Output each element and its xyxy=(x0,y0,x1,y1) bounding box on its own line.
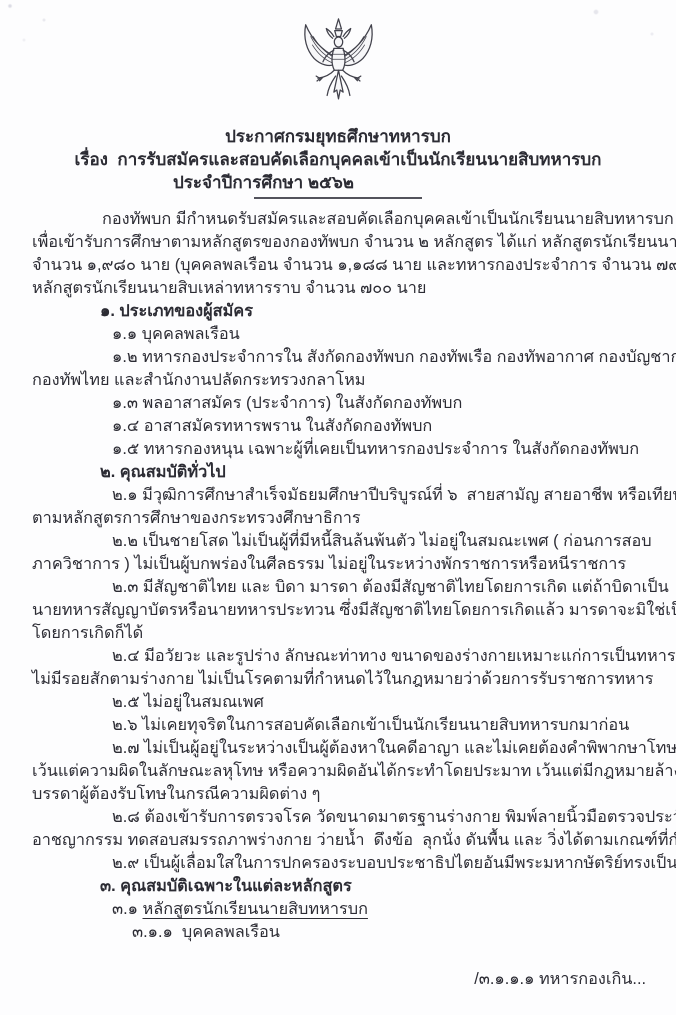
clause-line: ๒.๑ มีวุฒิการศึกษาสำเร็จมัธยมศึกษาปีบริบ… xyxy=(32,484,652,507)
clause-line: ๒.๔ มีอวัยวะ และรูปร่าง ลักษณะท่าทาง ขนา… xyxy=(32,645,652,668)
clause-line: ไม่มีรอยสักตามร่างกาย ไม่เป็นโรคตามที่กำ… xyxy=(32,668,652,691)
continuation-note: /๓.๑.๑.๑ ทหารกองเกิน... xyxy=(0,966,676,992)
document-heading: ประกาศกรมยุทธศึกษาทหารบก เรื่อง การรับสม… xyxy=(0,125,676,194)
clause-line: กองทัพไทย และสำนักงานปลัดกระทรวงกลาโหม xyxy=(32,369,652,392)
clause-line: บรรดาผู้ต้องรับโทษในกรณีความผิดต่าง ๆ xyxy=(32,783,652,806)
document-subject: เรื่อง การรับสมัครและสอบคัดเลือกบุคคลเข้… xyxy=(0,148,676,171)
clause-3-1: ๓.๑ หลักสูตรนักเรียนนายสิบทหารบก xyxy=(32,898,652,921)
section-3-heading: ๓. คุณสมบัติเฉพาะในแต่ละหลักสูตร xyxy=(32,875,652,898)
intro-line: หลักสูตรนักเรียนนายสิบเหล่าทหารราบ จำนวน… xyxy=(32,277,652,300)
section-1-heading: ๑. ประเภทของผู้สมัคร xyxy=(32,300,652,323)
clause-line: ๒.๓ มีสัญชาติไทย และ บิดา มารดา ต้องมีสั… xyxy=(32,576,652,599)
section-2-heading: ๒. คุณสมบัติทั่วไป xyxy=(32,461,652,484)
clause-line: ๒.๙ เป็นผู้เลื่อมใสในการปกครองระบอบประชา… xyxy=(32,852,652,875)
intro-line: เพื่อเข้ารับการศึกษาตามหลักสูตรของกองทัพ… xyxy=(32,231,652,254)
clause-line: เว้นแต่ความผิดในลักษณะลหุโทษ หรือความผิด… xyxy=(32,760,652,783)
garuda-emblem xyxy=(0,0,676,119)
clause-line: ๒.๗ ไม่เป็นผู้อยู่ในระหว่างเป็นผู้ต้องหา… xyxy=(32,737,652,760)
clause-line: ๒.๕ ไม่อยู่ในสมณเพศ xyxy=(32,691,652,714)
garuda-emblem-icon xyxy=(288,18,389,114)
clause-line: ๑.๓ พลอาสาสมัคร (ประจำการ) ในสังกัดกองทั… xyxy=(32,392,652,415)
document-subject-continued: ประจำปีการศึกษา ๒๕๖๒ xyxy=(0,171,676,194)
title-divider xyxy=(254,197,422,199)
intro-line: กองทัพบก มีกำหนดรับสมัครและสอบคัดเลือกบุ… xyxy=(32,208,652,231)
clause-line: นายทหารสัญญาบัตรหรือนายทหารประทวน ซึ่งมี… xyxy=(32,599,652,622)
document-page: ประกาศกรมยุทธศึกษาทหารบก เรื่อง การรับสม… xyxy=(0,0,676,1015)
clause-line: ภาควิชาการ ) ไม่เป็นผู้บกพร่องในศีลธรรม … xyxy=(32,553,652,576)
clause-line: ๒.๒ เป็นชายโสด ไม่เป็นผู้ที่มีหนี้สินล้น… xyxy=(32,530,652,553)
document-title: ประกาศกรมยุทธศึกษาทหารบก xyxy=(0,125,676,148)
clause-line: ๒.๖ ไม่เคยทุจริตในการสอบคัดเลือกเข้าเป็น… xyxy=(32,714,652,737)
clause-line: ๒.๘ ต้องเข้ารับการตรวจโรค วัดขนาดมาตรฐาน… xyxy=(32,806,652,829)
clause-line: ๑.๕ ทหารกองหนุน เฉพาะผู้ที่เคยเป็นทหารกอ… xyxy=(32,438,652,461)
course-title-underlined: หลักสูตรนักเรียนนายสิบทหารบก xyxy=(143,900,368,918)
clause-3-1-1: ๓.๑.๑ บุคคลพลเรือน xyxy=(32,921,652,944)
clause-line: ตามหลักสูตรการศึกษาของกระทรวงศึกษาธิการ xyxy=(32,507,652,530)
intro-line: จำนวน ๑,๙๘๐ นาย (บุคคลพลเรือน จำนวน ๑,๑๘… xyxy=(32,254,652,277)
document-body: กองทัพบก มีกำหนดรับสมัครและสอบคัดเลือกบุ… xyxy=(0,208,676,944)
clause-line: ๑.๒ ทหารกองประจำการใน สังกัดกองทัพบก กอง… xyxy=(32,346,652,369)
clause-line: อาชญากรรม ทดสอบสมรรถภาพร่างกาย ว่ายน้ำ ด… xyxy=(32,829,652,852)
clause-line: โดยการเกิดก็ได้ xyxy=(32,622,652,645)
clause-line: ๑.๔ อาสาสมัครทหารพราน ในสังกัดกองทัพบก xyxy=(32,415,652,438)
clause-number: ๓.๑ xyxy=(112,900,143,918)
clause-line: ๑.๑ บุคคลพลเรือน xyxy=(32,323,652,346)
